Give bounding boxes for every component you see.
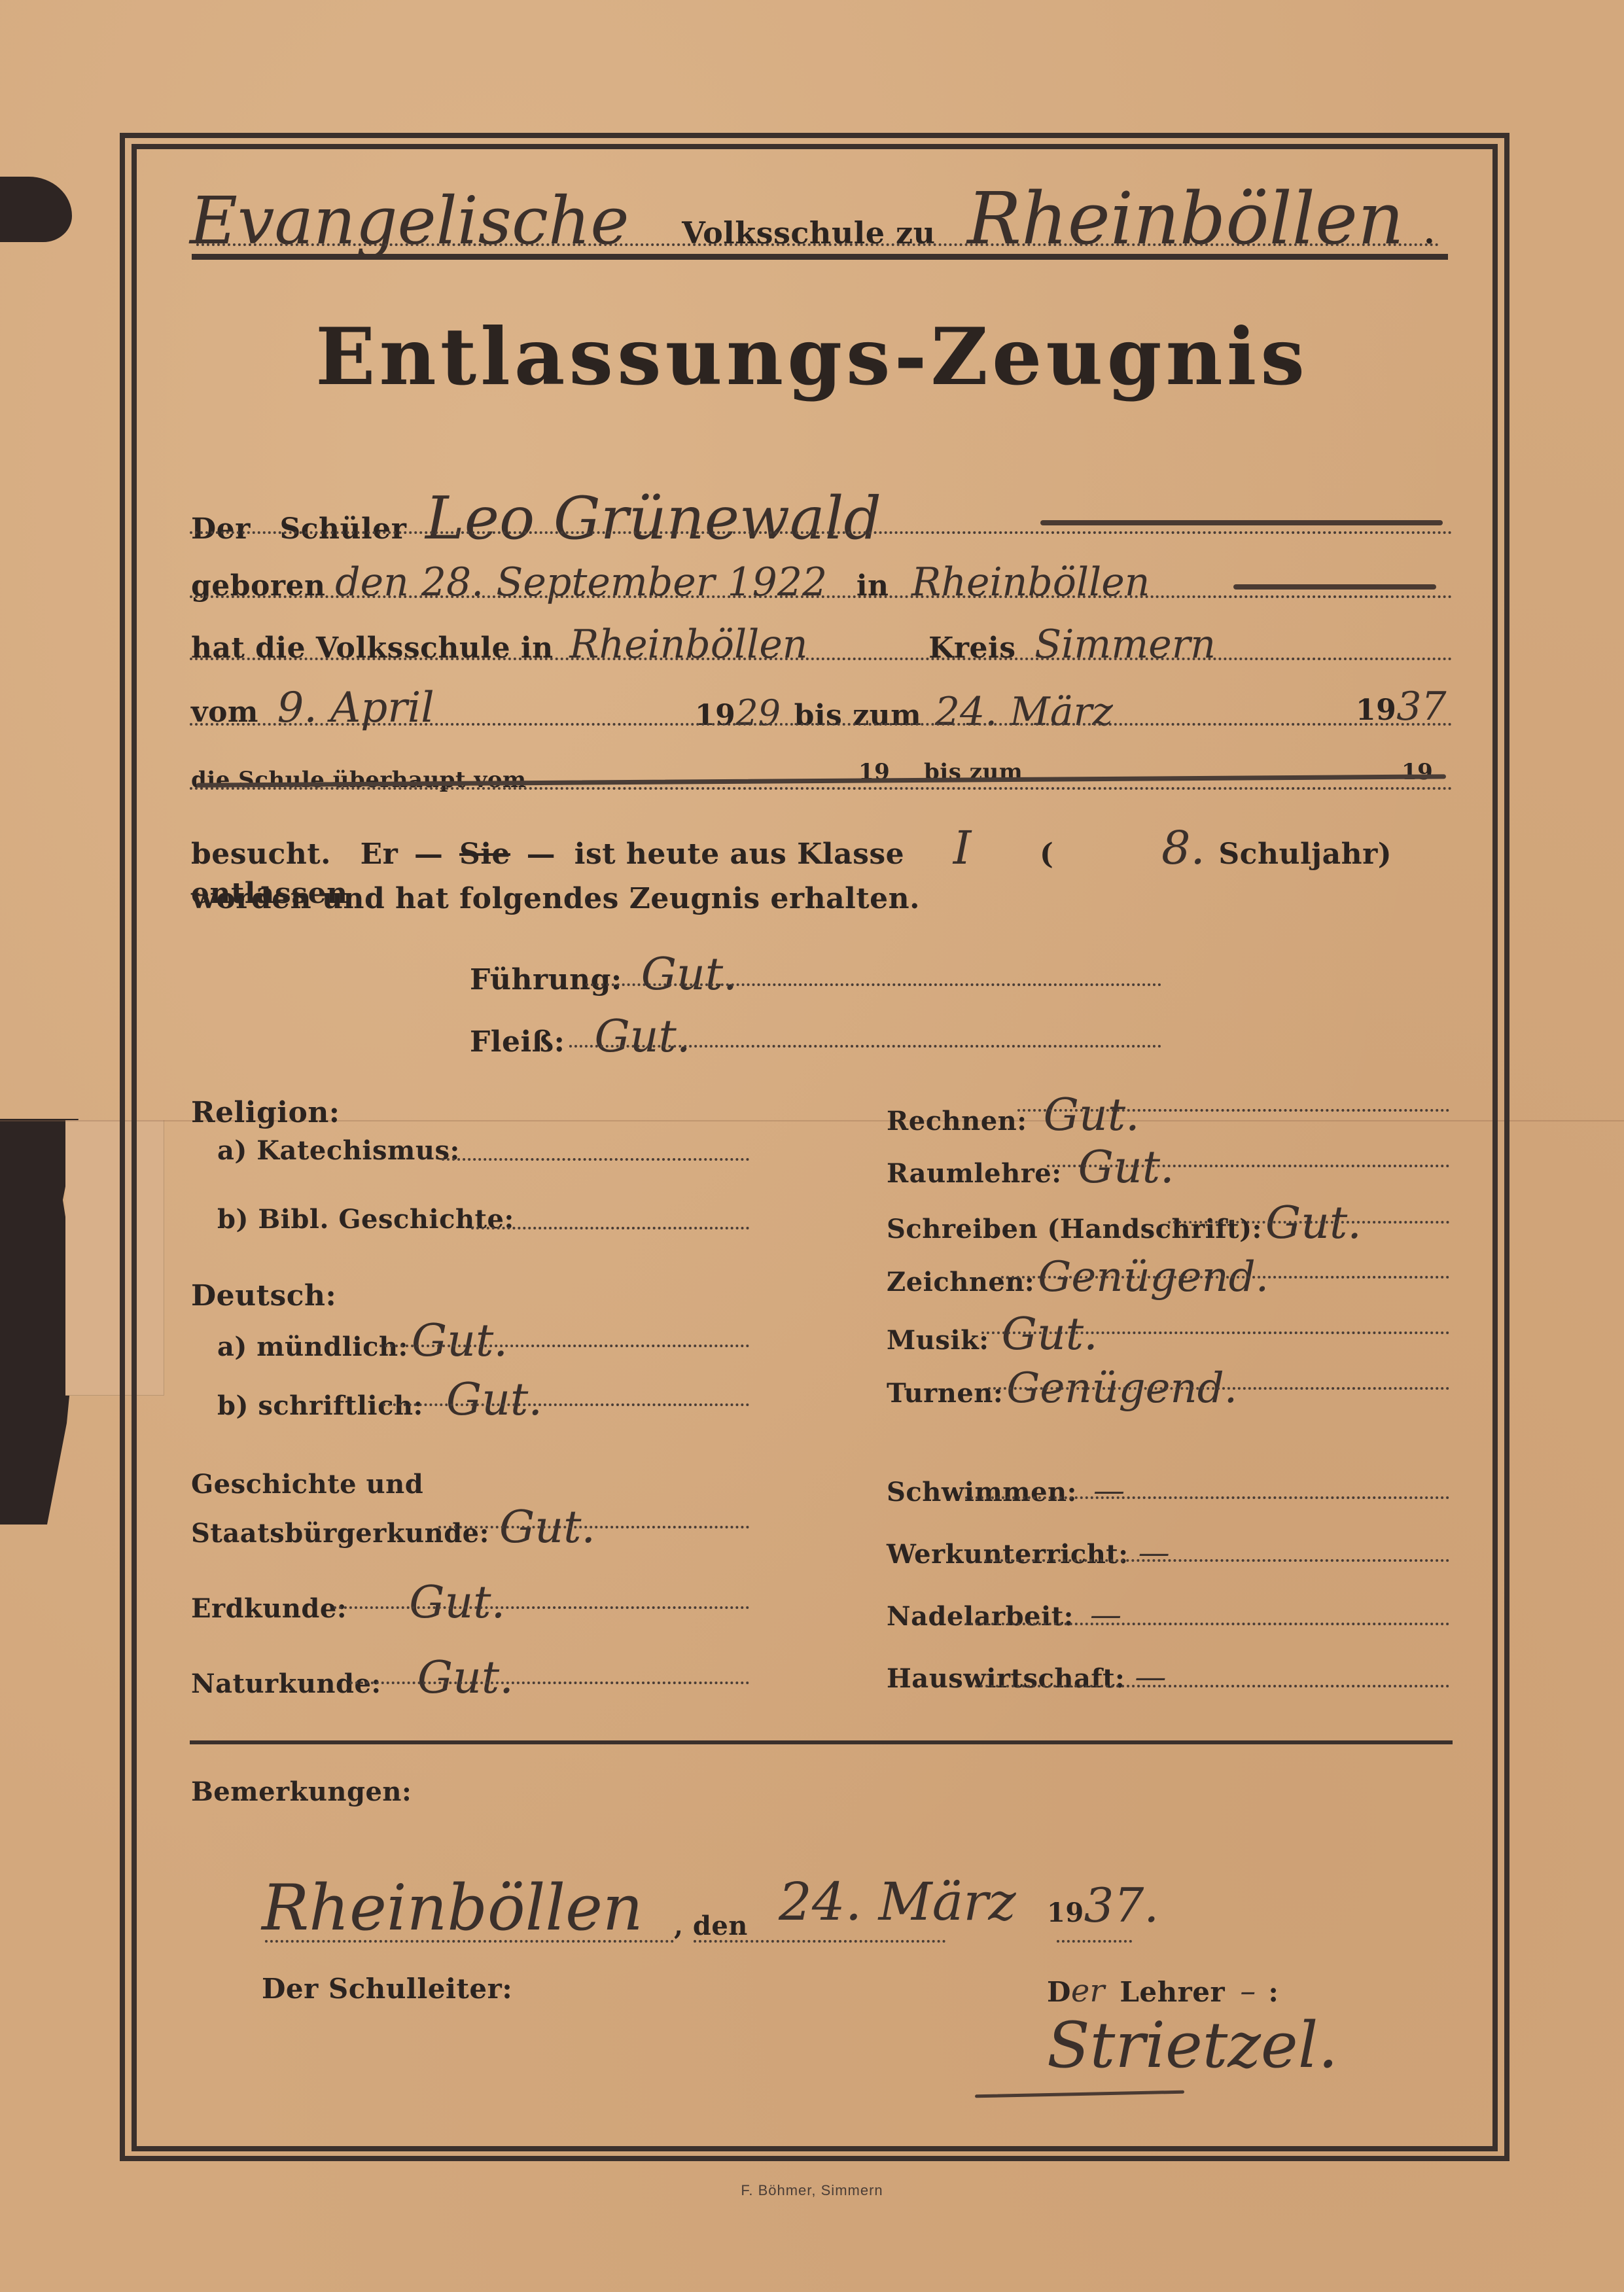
grade-fuehrung: Gut. [641,949,737,1000]
label-nadelarbeit: Nadelarbeit: [887,1601,1074,1632]
label-hauswirtschaft: Hauswirtschaft: [887,1663,1125,1694]
label-schulleiter: Der Schulleiter: [262,1973,512,2005]
subject-musik: Musik: Gut. [887,1309,1098,1360]
school-town: Rheinböllen [967,177,1404,260]
grade-schriftlich: Gut. [446,1374,542,1426]
teacher-signature: Strietzel. [1047,2009,1338,2082]
label-religion: Religion: [191,1096,340,1129]
grade-nadelarbeit: — [1090,1596,1121,1633]
school-confession: Evangelische [190,183,629,259]
label-turnen: Turnen: [887,1378,1003,1409]
label-musik: Musik: [887,1325,989,1356]
birth-place: Rheinböllen [911,559,1150,605]
dotted-line [190,531,1453,534]
to-date: 24. März [935,689,1113,735]
label-geschichte-und: Geschichte und [191,1469,423,1500]
header-dotted-line [196,243,1439,246]
dotted-line [442,1158,749,1161]
grade-raumlehre: Gut. [1078,1142,1174,1193]
schuljahr-value: 8. [1161,821,1205,875]
kreis-value: Simmern [1034,622,1216,667]
dotted-line [1168,1221,1449,1224]
discharge-row-2: worden und hat folgendes Zeugnis erhalte… [191,880,920,915]
subject-geschichte-heading: Geschichte und [191,1469,423,1500]
dotted-line [1001,1276,1449,1278]
colon: : [1268,1976,1279,2008]
dotted-line [694,1940,945,1943]
label-bibl-geschichte: b) Bibl. Geschichte: [217,1204,514,1235]
subject-rechnen: Rechnen: Gut. [887,1089,1140,1141]
label-der: Der [191,512,251,546]
subject-katechismus: a) Katechismus: [217,1135,460,1166]
dotted-line [586,983,1161,986]
label-katechismus: a) Katechismus: [217,1135,460,1166]
subject-schwimmen: Schwimmen: — [887,1472,1125,1509]
dotted-line [334,1606,749,1609]
label-werkunterricht: Werkunterricht: [887,1539,1129,1570]
dotted-line [569,1045,1161,1048]
label-schueler: Schüler [279,512,406,546]
printer-imprint: F. Böhmer, Simmern [0,2182,1624,2199]
subject-hauswirtschaft: Hauswirtschaft: — [887,1659,1166,1695]
subject-bibl-geschichte: b) Bibl. Geschichte: [217,1204,514,1235]
struck-year2: 19 [1402,759,1433,785]
attended-place: Rheinböllen [569,622,807,667]
conduct-fleiss: Fleiß: Gut. [470,1011,691,1063]
grade-fleiss: Gut. [594,1011,690,1063]
dotted-line [350,1682,749,1684]
dotted-line [190,658,1453,660]
label-zeugnis-erhalten: worden und hat folgendes Zeugnis erhalte… [191,882,920,915]
filler-stroke [1040,520,1443,525]
teacher-article: er [1071,1973,1104,2009]
section-rule [190,1740,1453,1744]
label-deutsch: Deutsch: [191,1279,336,1313]
grade-musik: Gut. [1002,1309,1098,1360]
student-row: Der Schüler Leo Grünewald [191,484,881,553]
headmaster-label-block: Der Schulleiter: [262,1973,512,2005]
grade-werkunterricht: — [1139,1534,1170,1571]
grade-rechnen: Gut. [1044,1089,1140,1141]
label-sie-struck: Sie [459,837,510,871]
label-d: D [1047,1976,1071,2008]
dotted-line [380,1345,749,1347]
dotted-line [190,787,1453,790]
label-staatsbuergerkunde: Staatsbürgerkunde: [191,1518,489,1549]
dotted-line [1017,1109,1449,1112]
header-rule [192,254,1448,260]
dotted-line [383,1403,749,1406]
dotted-line [265,1940,674,1943]
dotted-line [438,1526,749,1528]
label-schreiben-handschrift: Schreiben (Handschrift): [887,1214,1262,1244]
teacher-label-block: Der Lehrer – : [1047,1973,1279,2009]
dotted-line [988,1387,1449,1390]
dotted-line [471,1227,749,1229]
birth-date: den 28. September 1922 [335,559,827,605]
klasse-value: I [953,821,972,875]
subject-deutsch-heading: Deutsch: [191,1279,336,1313]
birth-row: geboren den 28. September 1922 in Rheinb… [191,559,1150,605]
attended-row: hat die Volksschule in Rheinböllen Kreis… [191,622,1216,667]
dotted-line [965,1496,1449,1499]
label-fleiss: Fleiß: [470,1025,565,1059]
subject-religion-heading: Religion: [191,1096,340,1129]
label-schwimmen: Schwimmen: [887,1477,1077,1507]
conduct-fuehrung: Führung: Gut. [470,949,737,1000]
to-year-prefix: 19 [1356,694,1396,727]
from-year-prefix: 19 [695,699,735,732]
dotted-line [190,723,1453,726]
grade-muendlich: Gut. [412,1315,508,1367]
label-rechnen: Rechnen: [887,1106,1027,1137]
dotted-line [190,595,1453,598]
remarks: Bemerkungen: [191,1776,412,1807]
dotted-line [975,1685,1449,1687]
subject-nadelarbeit: Nadelarbeit: — [887,1596,1121,1633]
label-ist-heute-aus-klasse: ist heute aus Klasse [574,837,904,871]
grade-naturkunde: Gut. [417,1652,514,1704]
subject-raumlehre: Raumlehre: Gut. [887,1142,1174,1193]
dash: — [414,837,444,871]
label-lehrer: Lehrer [1120,1976,1225,2008]
signing-place: Rheinböllen [262,1871,643,1945]
from-year: 29 [735,692,781,733]
grade-erdkunde: Gut. [409,1577,505,1629]
label-raumlehre: Raumlehre: [887,1158,1062,1189]
grade-schwimmen: — [1093,1472,1125,1509]
signing-date: 24. März [779,1871,1016,1932]
student-name: Leo Grünewald [425,484,881,553]
subject-muendlich: a) mündlich: Gut. [217,1315,508,1367]
filler-stroke [1233,584,1436,590]
teacher-suffix: – [1240,1973,1256,2009]
signing-year-prefix: 19 [1047,1897,1084,1928]
place-date-row: Rheinböllen , den 24. März 1937. [262,1871,1178,1945]
document-title: Entlassungs-Zeugnis [0,311,1624,403]
dotted-line [965,1623,1449,1625]
subject-werkunterricht: Werkunterricht: — [887,1534,1170,1571]
label-erdkunde: Erdkunde: [191,1593,347,1624]
signing-year: 37. [1084,1878,1159,1933]
dotted-line [985,1559,1449,1562]
subject-schriftlich: b) schriftlich: Gut. [217,1374,542,1426]
grade-hauswirtschaft: — [1135,1659,1166,1695]
subject-erdkunde: Erdkunde: Gut. [191,1577,505,1629]
subject-naturkunde: Naturkunde: Gut. [191,1652,514,1704]
label-bemerkungen: Bemerkungen: [191,1776,412,1807]
label-bis-zum: bis zum [794,699,922,732]
school-header: Evangelische Volksschule zu Rheinböllen … [190,177,1435,260]
dotted-line [1057,1940,1132,1943]
dash: — [527,837,556,871]
label-er: Er [361,837,398,871]
dotted-line [1047,1165,1449,1167]
label-zeichnen: Zeichnen: [887,1267,1034,1297]
label-den: , den [674,1911,748,1941]
label-fuehrung: Führung: [470,963,622,996]
paren: ( [1040,837,1053,871]
dotted-line [981,1331,1449,1334]
label-besucht: besucht. [191,837,331,871]
